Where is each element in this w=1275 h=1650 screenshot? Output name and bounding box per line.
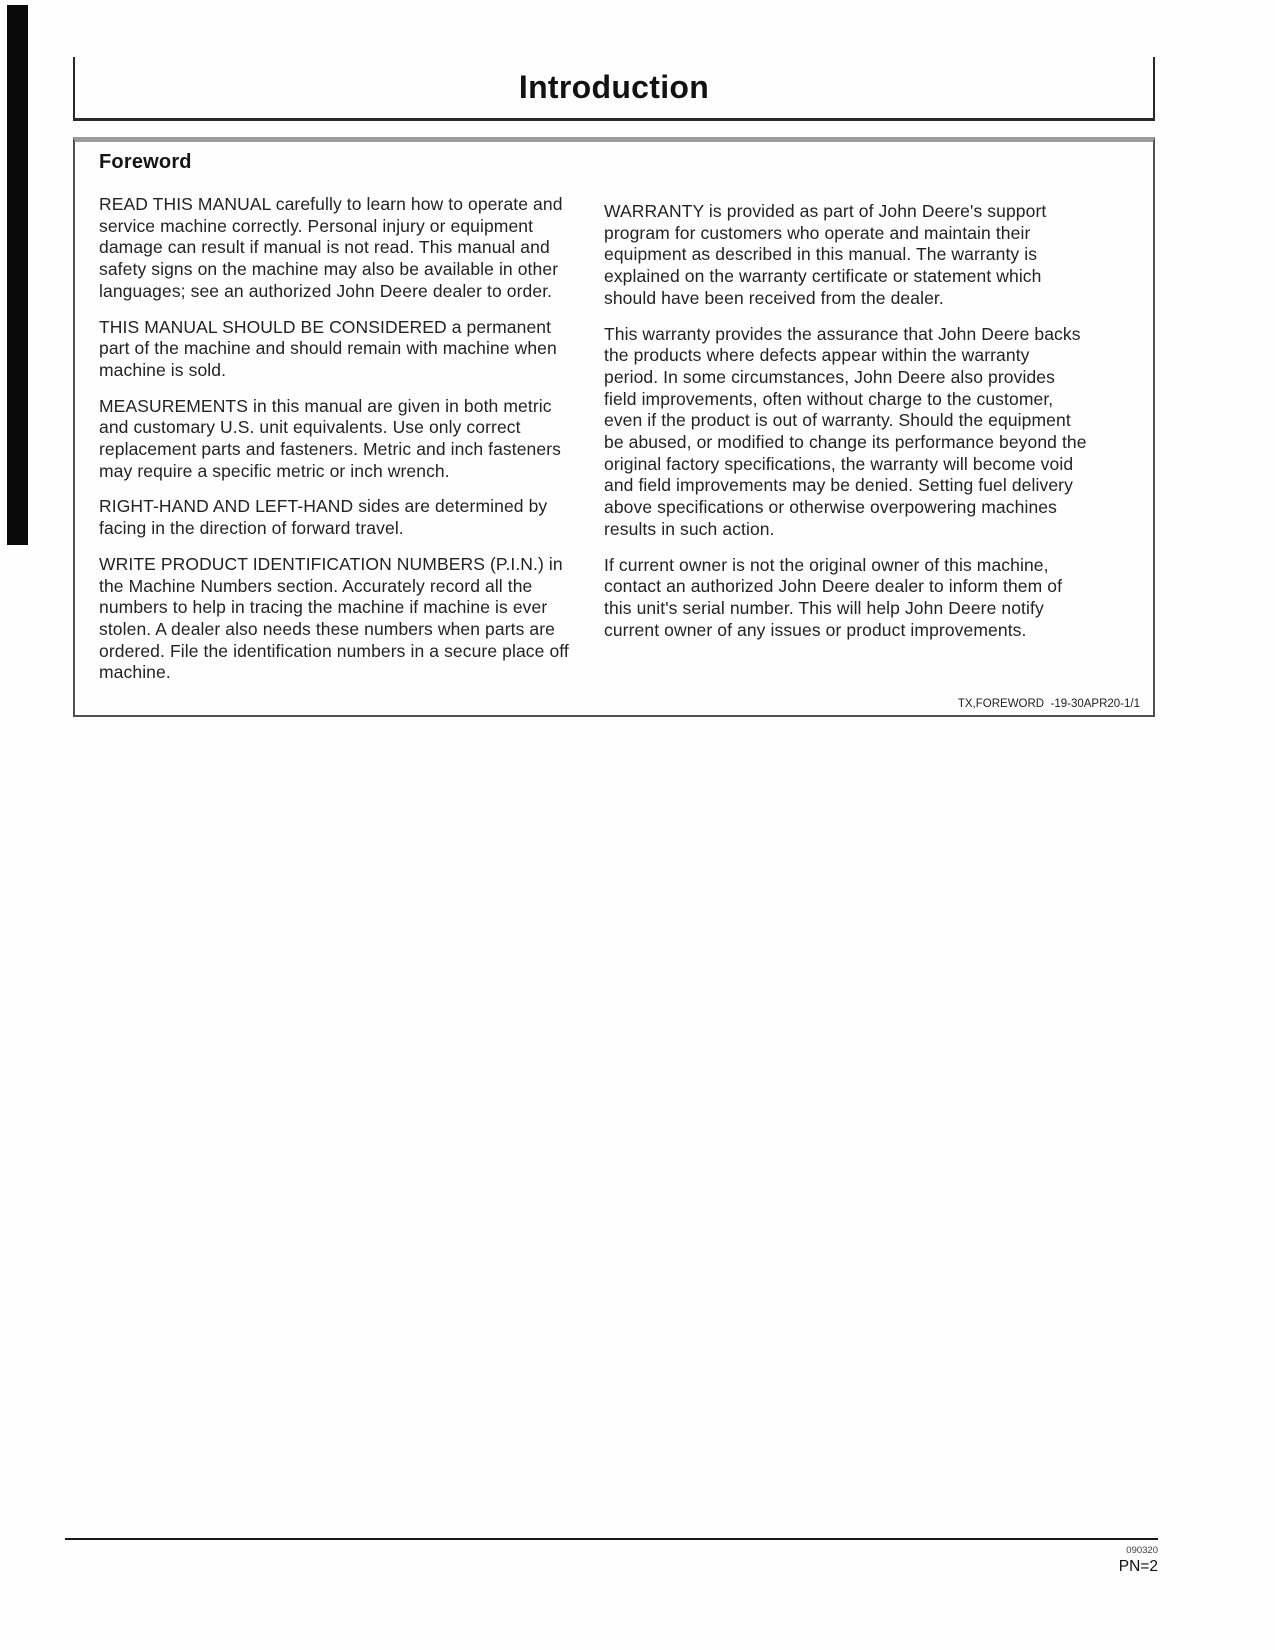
paragraph-write-pin: WRITE PRODUCT IDENTIFICATION NUMBERS (P.… bbox=[99, 554, 582, 684]
binding-scan-bar bbox=[7, 5, 28, 545]
section-title-box: Introduction bbox=[73, 57, 1155, 121]
footer-rule bbox=[65, 1538, 1158, 1540]
paragraph-current-owner: If current owner is not the original own… bbox=[604, 555, 1087, 642]
foreword-heading: Foreword bbox=[99, 151, 192, 174]
footer-page-number: PN=2 bbox=[65, 1558, 1158, 1576]
document-reference-code: TX,FOREWORD -19-30APR20-1/1 bbox=[958, 698, 1140, 710]
page-title: Introduction bbox=[519, 69, 709, 106]
foreword-left-column: READ THIS MANUAL carefully to learn how … bbox=[99, 194, 582, 698]
paragraph-read-this-manual: READ THIS MANUAL carefully to learn how … bbox=[99, 194, 582, 303]
paragraph-warranty: WARRANTY is provided as part of John Dee… bbox=[604, 201, 1087, 310]
foreword-columns: READ THIS MANUAL carefully to learn how … bbox=[99, 194, 1087, 698]
paragraph-measurements: MEASUREMENTS in this manual are given in… bbox=[99, 396, 582, 483]
paragraph-right-left-hand: RIGHT-HAND AND LEFT-HAND sides are deter… bbox=[99, 496, 582, 539]
foreword-right-column: WARRANTY is provided as part of John Dee… bbox=[604, 194, 1087, 698]
paragraph-manual-permanent: THIS MANUAL SHOULD BE CONSIDERED a perma… bbox=[99, 317, 582, 382]
foreword-box: Foreword READ THIS MANUAL carefully to l… bbox=[73, 137, 1155, 717]
paragraph-warranty-assurance: This warranty provides the assurance tha… bbox=[604, 324, 1087, 541]
footer-print-code: 090320 bbox=[65, 1545, 1158, 1556]
manual-page: Introduction Foreword READ THIS MANUAL c… bbox=[0, 0, 1275, 1650]
